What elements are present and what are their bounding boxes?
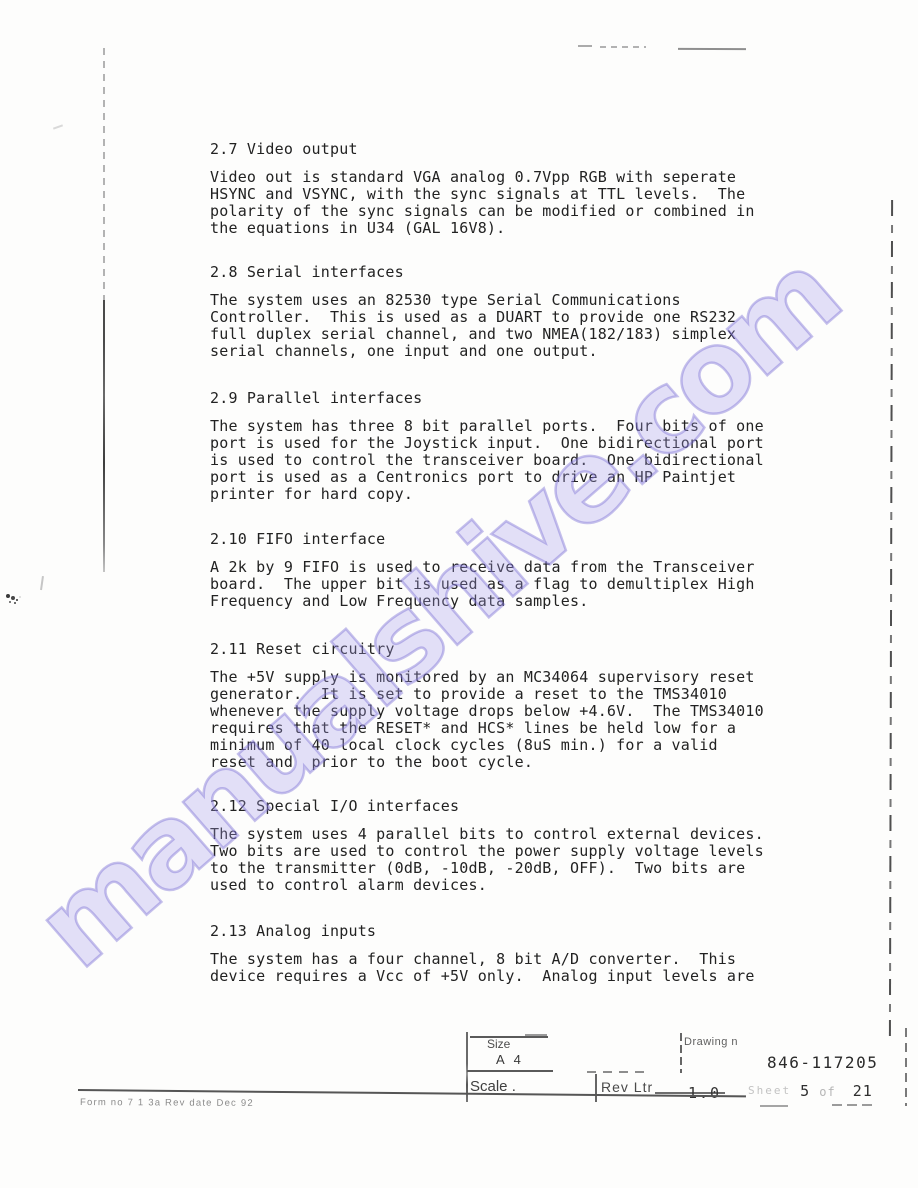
section-heading: 2.8 Serial interfaces [210,263,810,281]
scan-artifact-dash [678,48,746,50]
title-block-border [587,1071,651,1073]
title-block-border [595,1074,597,1102]
left-fold-line-bottom [103,300,105,572]
sheet-value: 5 [800,1082,810,1100]
section-2-9: 2.9 Parallel interfaces The system has t… [210,389,810,503]
section-heading: 2.11 Reset circuitry [210,640,810,658]
title-block-border [466,1032,468,1102]
section-heading: 2.13 Analog inputs [210,922,810,940]
title-block-border [832,1104,876,1106]
scan-artifact-tick [40,576,43,590]
sheet-label: Sheet [748,1084,791,1097]
form-number-note: Form no 7 1 3a Rev date Dec 92 [80,1097,254,1109]
section-2-10: 2.10 FIFO interface A 2k by 9 FIFO is us… [210,530,810,610]
sheet-of: of [819,1085,835,1099]
right-fold-line [889,200,893,1042]
section-heading: 2.9 Parallel interfaces [210,389,810,407]
scanned-manual-page: 2.7 Video output Video out is standard V… [0,0,918,1188]
section-body: A 2k by 9 FIFO is used to receive data f… [210,559,810,610]
section-body: The +5V supply is monitored by an MC3406… [210,669,810,770]
left-fold-line-top [103,48,105,303]
title-block-border [467,1070,553,1072]
section-heading: 2.12 Special I/O interfaces [210,797,810,815]
title-block-border [760,1105,788,1107]
section-body: The system uses an 82530 type Serial Com… [210,292,810,360]
title-block-border [905,1028,907,1106]
section-heading: 2.10 FIFO interface [210,530,810,548]
ink-blot [6,594,10,598]
drawing-no-label: Drawing n [684,1036,738,1048]
section-body: The system has a four channel, 8 bit A/D… [210,951,810,985]
scan-artifact-mark [53,124,63,129]
size-label: Size [487,1037,510,1051]
title-block-border [680,1033,682,1073]
rev-ltr-value: 1.0 [688,1084,721,1102]
section-2-7: 2.7 Video output Video out is standard V… [210,140,810,237]
section-2-11: 2.11 Reset circuitry The +5V supply is m… [210,640,810,770]
drawing-number: 846-117205 [767,1053,878,1072]
section-2-12: 2.12 Special I/O interfaces The system u… [210,797,810,894]
size-value: A 4 [496,1052,524,1067]
section-2-13: 2.13 Analog inputs The system has a four… [210,922,810,985]
section-body: The system uses 4 parallel bits to contr… [210,826,810,894]
section-body: The system has three 8 bit parallel port… [210,418,810,503]
section-body: Video out is standard VGA analog 0.7Vpp … [210,169,810,237]
rev-ltr-label: Rev Ltr [601,1079,653,1095]
scan-artifact-dash [600,46,646,48]
scan-artifact-dash [578,45,592,47]
title-block-border [525,1034,547,1036]
sheet-indicator: Sheet 5 of 21 [748,1082,873,1100]
section-2-8: 2.8 Serial interfaces The system uses an… [210,263,810,360]
section-heading: 2.7 Video output [210,140,810,158]
sheet-total: 21 [853,1082,873,1100]
